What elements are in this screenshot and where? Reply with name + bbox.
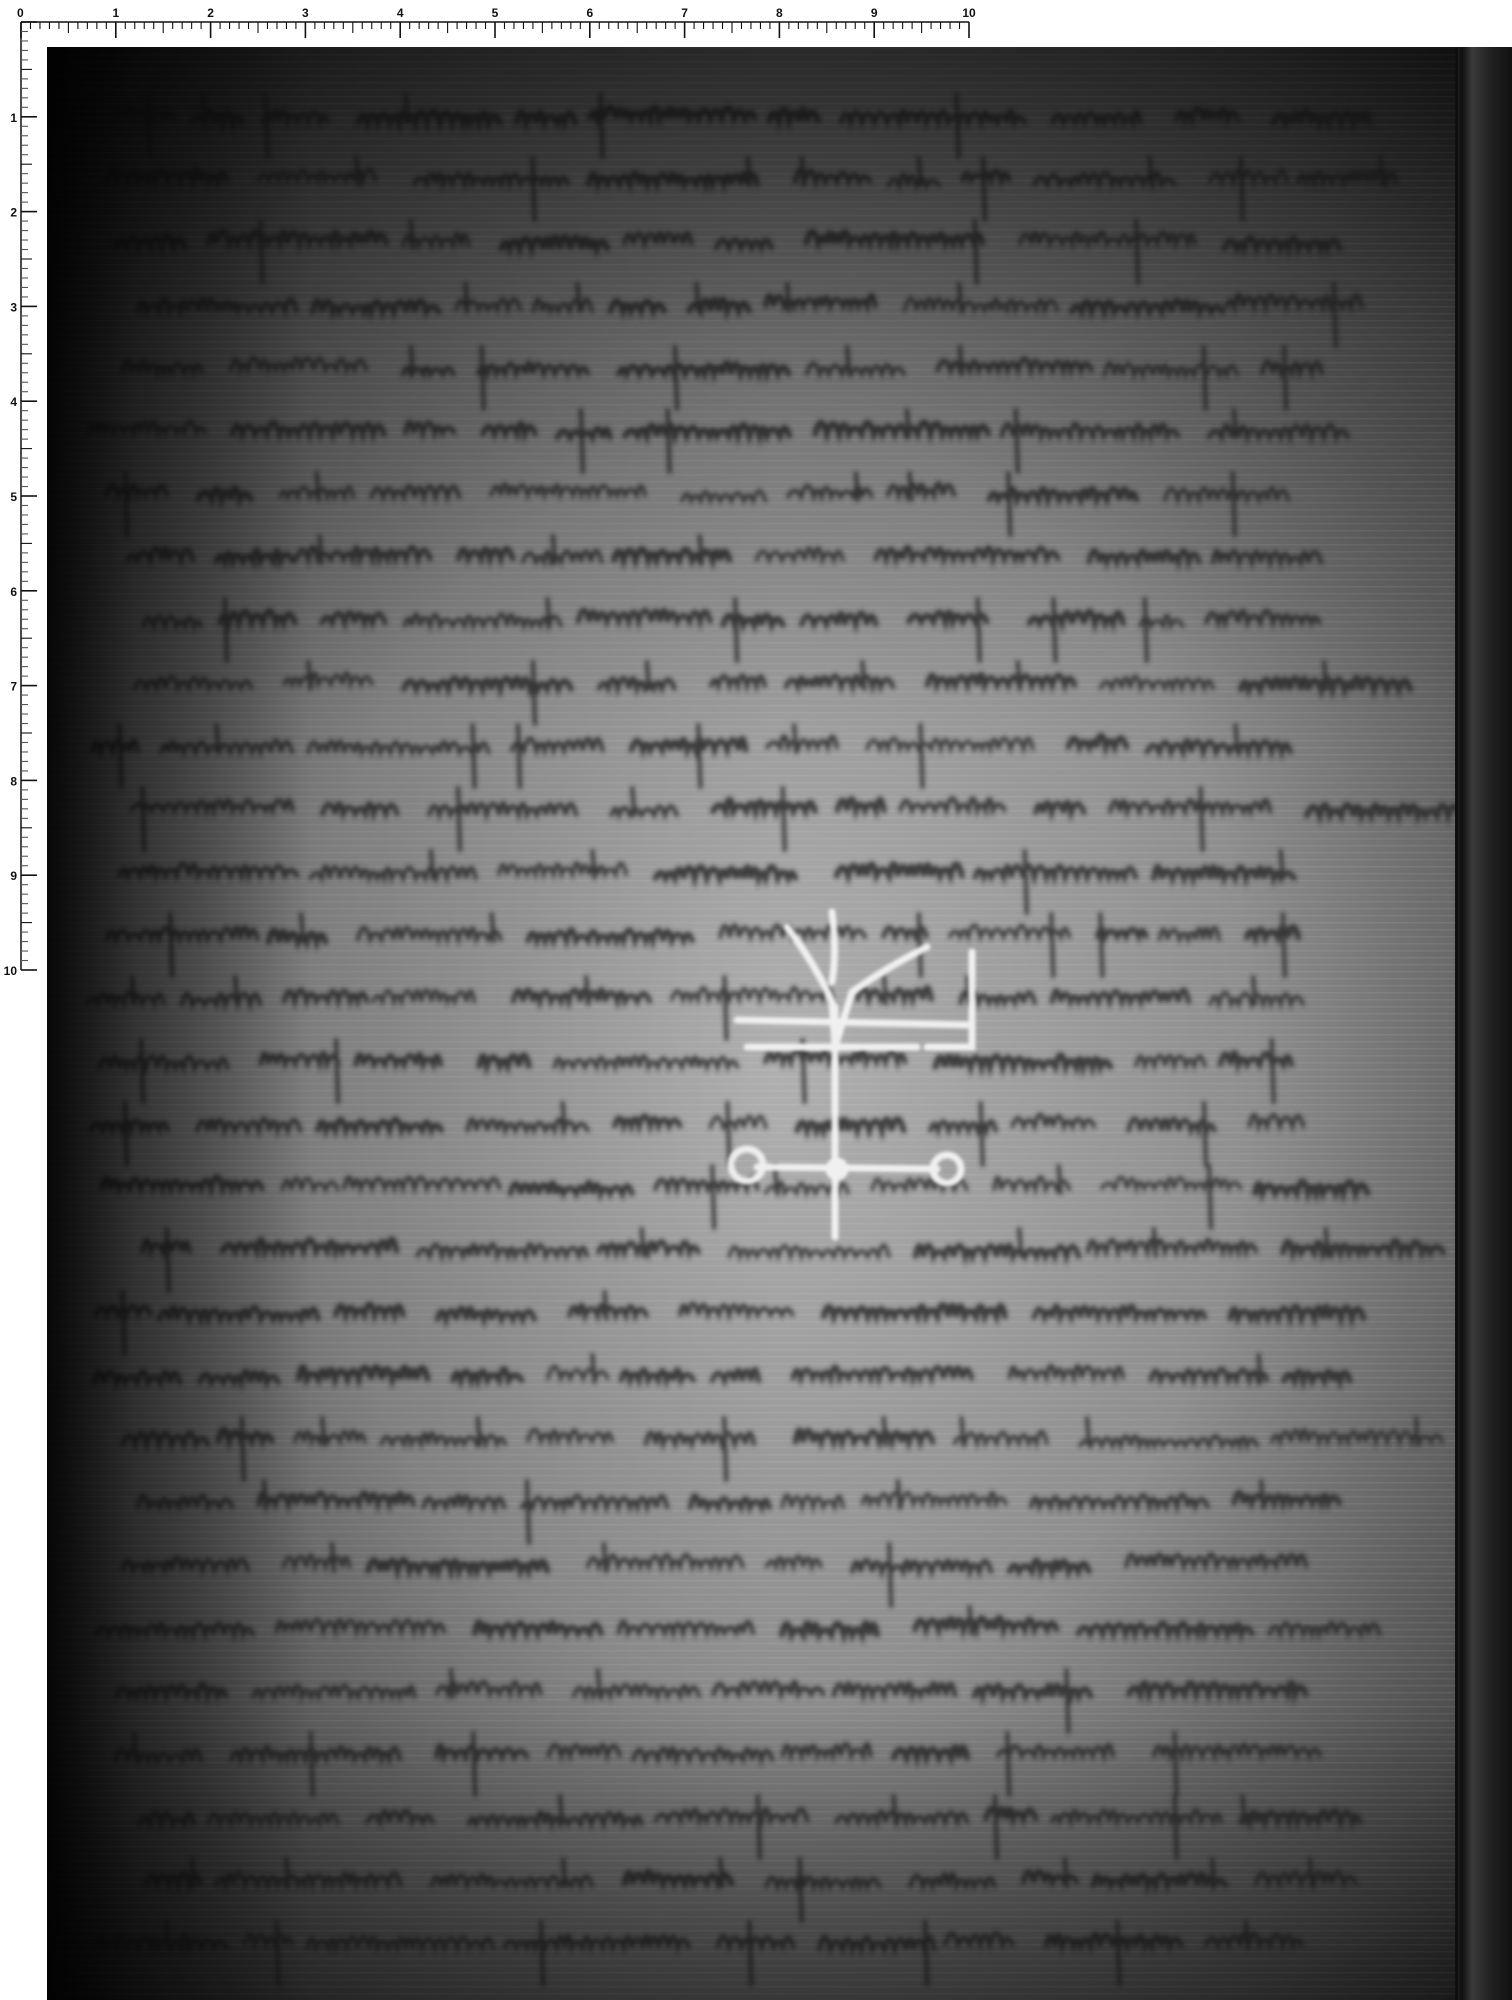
ruler-label-h-5: 5 (492, 6, 499, 20)
ruler-label-h-8: 8 (776, 6, 783, 20)
manuscript-scan-image (47, 47, 1512, 2000)
ruler-label-h-2: 2 (207, 6, 214, 20)
vertical-ruler: 12345678910 (4, 22, 37, 978)
ruler-label-h-3: 3 (302, 6, 309, 20)
ruler-label-h-6: 6 (586, 6, 593, 20)
ruler-label-h-1: 1 (112, 6, 119, 20)
ruler-label-v-7: 7 (10, 680, 17, 694)
ruler-label-h-4: 4 (397, 6, 404, 20)
ruler-label-v-6: 6 (10, 585, 17, 599)
ruler-label-v-5: 5 (10, 490, 17, 504)
ruler-label-v-8: 8 (10, 774, 17, 788)
manuscript-page-graphic (47, 47, 1512, 2000)
book-spine (1455, 47, 1512, 2000)
horizontal-ruler: 012345678910 (17, 6, 976, 38)
ruler-label-h-0: 0 (17, 6, 24, 20)
ruler-label-v-4: 4 (10, 395, 17, 409)
ruler-label-v-10: 10 (4, 964, 18, 978)
ruler-label-h-7: 7 (681, 6, 688, 20)
ruler-label-v-9: 9 (10, 869, 17, 883)
ruler-label-h-9: 9 (871, 6, 878, 20)
ruler-label-v-1: 1 (10, 111, 17, 125)
ruler-label-h-10: 10 (962, 6, 976, 20)
ruler-label-v-3: 3 (10, 300, 17, 314)
ruler-label-v-2: 2 (10, 206, 17, 220)
